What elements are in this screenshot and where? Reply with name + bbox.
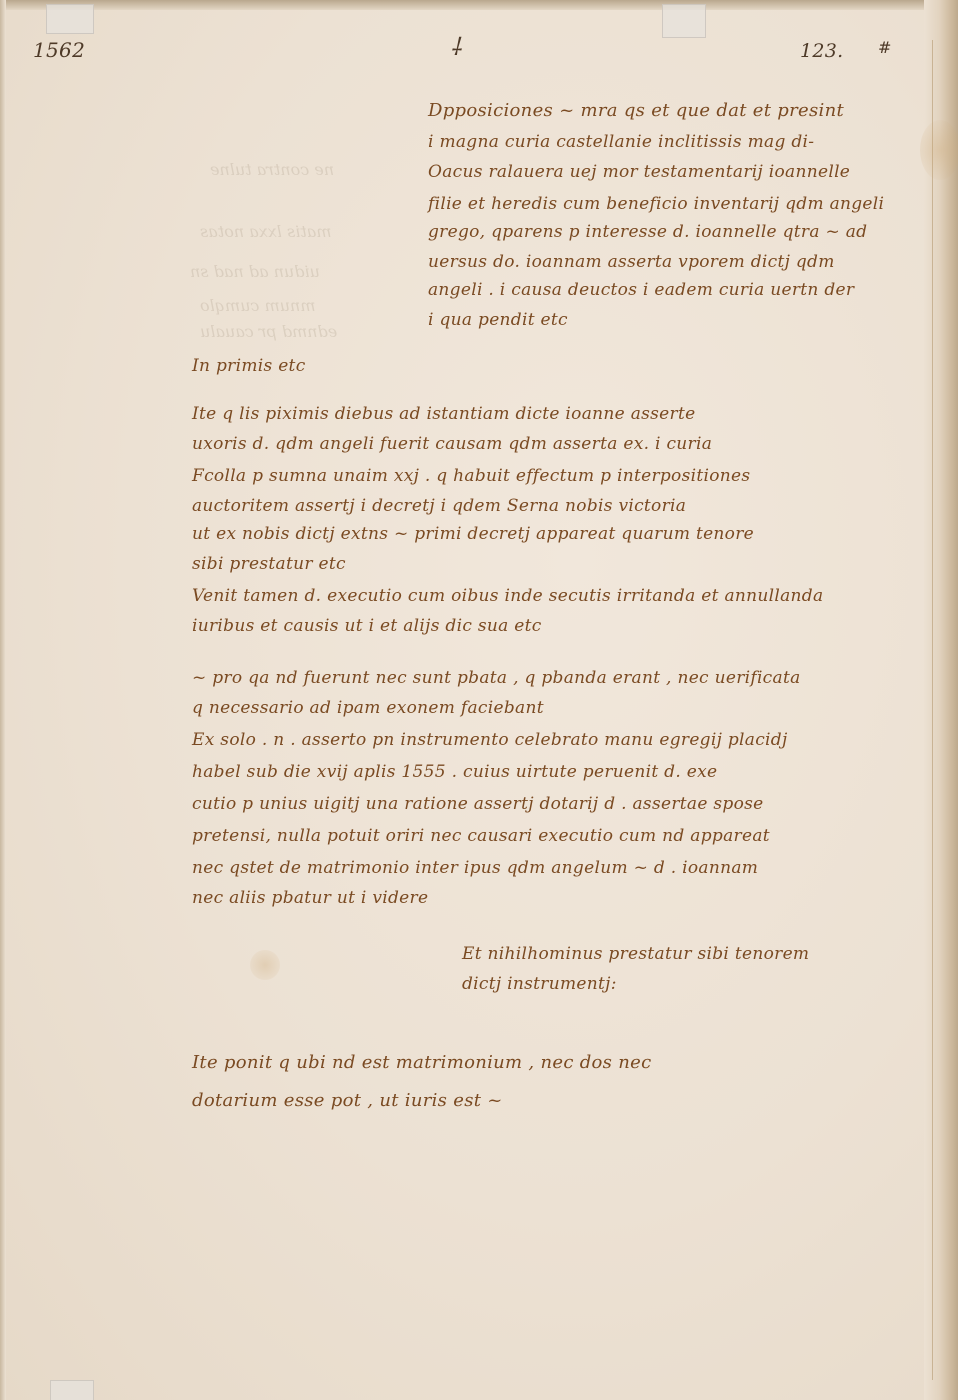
text-line: Fcolla p sumna unaim xxj . q habuit effe…: [192, 466, 750, 486]
bleed-through-text: matis lxxa notas: [200, 222, 331, 241]
text-line: auctoritem assertj i decretj i qdem Sern…: [192, 496, 686, 516]
year-annotation: 1562: [33, 38, 85, 62]
bleed-through-text: ednmd pr caualu: [200, 322, 337, 341]
text-line: cutio p unius uigitj una ratione assertj…: [192, 794, 764, 814]
heading-line: Dpposiciones ~ mra qs et que dat et pres…: [428, 100, 844, 121]
heading-line: i magna curia castellanie inclitissis ma…: [428, 132, 814, 152]
text-line: uxoris d. qdm angeli fuerit causam qdm a…: [192, 434, 712, 454]
text-line: iuribus et causis ut i et alijs dic sua …: [192, 616, 542, 636]
heading-line: Oacus ralauera uej mor testamentarij ioa…: [428, 162, 850, 182]
heading-line: i qua pendit etc: [428, 310, 568, 330]
text-line: Ite ponit q ubi nd est matrimonium , nec…: [192, 1052, 651, 1073]
text-line: pretensi, nulla potuit oriri nec causari…: [192, 826, 770, 846]
heading-line: uersus do. ioannam asserta vporem dictj …: [428, 252, 835, 272]
stain: [250, 950, 280, 980]
heading-line: angeli . i causa deuctos i eadem curia u…: [428, 280, 854, 300]
repair-tape-top-right: [662, 4, 706, 38]
text-line: sibi prestatur etc: [192, 554, 346, 574]
heading-line: grego, qparens p interesse d. ioannelle …: [428, 222, 867, 242]
repair-tape-top-left: [46, 4, 94, 34]
page-top-edge: [0, 0, 958, 10]
text-line: dictj instrumentj:: [462, 974, 617, 994]
repair-tape-bottom-left: [50, 1380, 94, 1400]
text-line: ~ pro qa nd fuerunt nec sunt pbata , q p…: [192, 668, 801, 688]
page-right-edge: [924, 0, 958, 1400]
bleed-through-text: mnum cumqlo: [200, 296, 315, 315]
corner-mark: #: [878, 38, 892, 57]
text-line: dotarium esse pot , ut iuris est ~: [192, 1090, 503, 1111]
text-line: nec qstet de matrimonio inter ipus qdm a…: [192, 858, 758, 878]
folio-number: 123.: [800, 40, 844, 62]
heading-line: filie et heredis cum beneficio inventari…: [428, 194, 884, 214]
bleed-through-text: uidun ad nad sn: [190, 262, 320, 281]
text-line: q necessario ad ipam exonem faciebant: [192, 698, 544, 718]
text-line: Ex solo . n . asserto pn instrumento cel…: [192, 730, 788, 750]
text-line: nec aliis pbatur ut i videre: [192, 888, 428, 908]
text-line: Ite q lis piximis diebus ad istantiam di…: [192, 404, 695, 424]
in-primis-label: In primis etc: [192, 356, 306, 376]
center-mark: ⸸: [450, 30, 462, 63]
stain: [920, 120, 958, 180]
text-line: habel sub die xvij aplis 1555 . cuius ui…: [192, 762, 717, 782]
page-left-edge: [0, 0, 6, 1400]
manuscript-page: ne contra tulne matis lxxa notas uidun a…: [0, 0, 958, 1400]
text-line: Et nihilhominus prestatur sibi tenorem: [462, 944, 809, 964]
text-line: ut ex nobis dictj extns ~ primi decretj …: [192, 524, 754, 544]
text-line: Venit tamen d. executio cum oibus inde s…: [192, 586, 823, 606]
bleed-through-text: ne contra tulne: [210, 160, 334, 179]
